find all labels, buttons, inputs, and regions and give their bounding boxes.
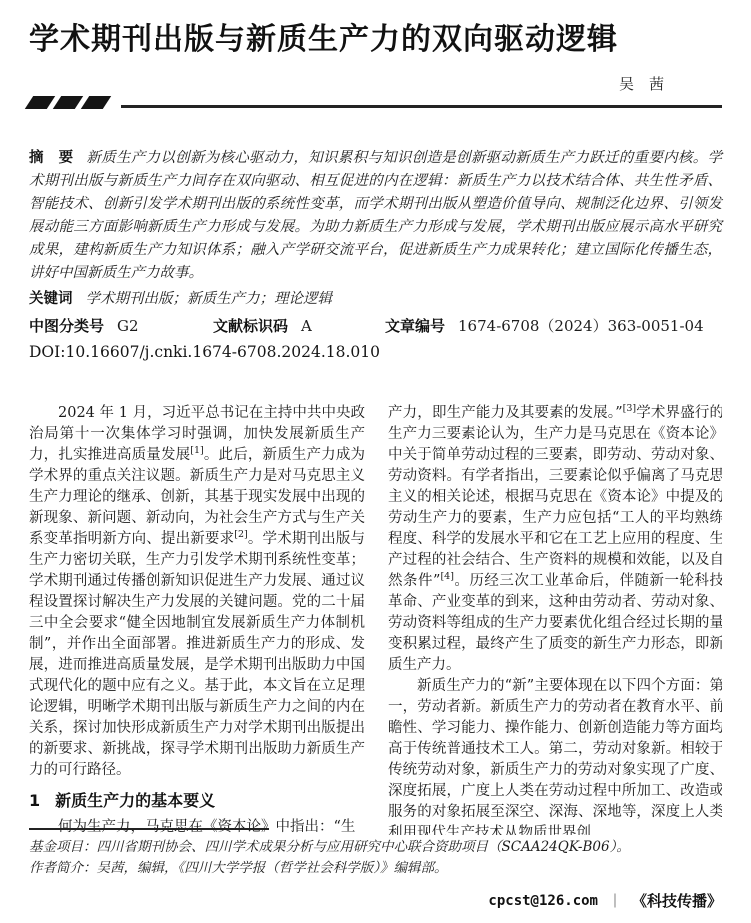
section-1-number: 1 (29, 791, 40, 810)
author-bio-note: 作者简介：吴茜，编辑，《四川大学学报（哲学社会科学版）》编辑部。 (29, 858, 722, 879)
author-row: 吴 茜 (29, 75, 722, 93)
funding-note: 基金项目：四川省期刊协会、四川学术成果分析与应用研究中心联合资助项目（SCAA2… (29, 837, 722, 858)
footnote-divider (29, 828, 269, 830)
clc-value: G2 (117, 317, 139, 335)
article-title: 学术期刊出版与新质生产力的双向驱动逻辑 (29, 0, 722, 58)
author-name: 吴 茜 (619, 75, 664, 93)
meta-row: 中图分类号G2 文献标识码A 文章编号1674-6708（2024）363-00… (29, 315, 722, 337)
article-no-label: 文章编号 (385, 317, 445, 335)
four-aspects-paragraph: 新质生产力的“新”主要体现在以下四个方面：第一，劳动者新。新质生产力的劳动者在教… (388, 676, 722, 835)
header-rule-line (121, 105, 722, 108)
abstract-text: 新质生产力以创新为核心驱动力，知识累积与知识创造是创新驱动新质生产力跃迁的重要内… (29, 150, 722, 281)
footnotes: 基金项目：四川省期刊协会、四川学术成果分析与应用研究中心联合资助项目（SCAA2… (29, 828, 722, 878)
keywords-label: 关键词 (29, 291, 73, 307)
section-1-title: 新质生产力的基本要义 (55, 791, 215, 810)
section-1-heading: 1新质生产力的基本要义 (29, 790, 365, 812)
doc-code-value: A (301, 317, 312, 335)
clc-label: 中图分类号 (29, 317, 104, 335)
article-no-value: 1674-6708（2024）363-0051-04 (458, 317, 704, 335)
article-no-pair: 文章编号1674-6708（2024）363-0051-04 (385, 315, 722, 337)
left-column: 2024 年 1 月，习近平总书记在主持中共中央政治局第十一次集体学习时强调，加… (29, 403, 365, 835)
doi-line: DOI:10.16607/j.cnki.1674-6708.2024.18.01… (29, 341, 722, 363)
slash-bar-icon (81, 96, 111, 109)
keywords-row: 关键词学术期刊出版；新质生产力；理论逻辑 (29, 288, 722, 310)
paper-page: 学术期刊出版与新质生产力的双向驱动逻辑 吴 茜 摘 要新质生产力以创新为核心驱动… (0, 0, 751, 923)
continuation-paragraph: 产力，即生产能力及其要素的发展。”[3]学术界盛行的生产力三要素论认为，生产力是… (388, 403, 722, 676)
right-column: 产力，即生产能力及其要素的发展。”[3]学术界盛行的生产力三要素论认为，生产力是… (388, 403, 722, 835)
clc-pair: 中图分类号G2 (29, 315, 213, 337)
slash-bar-icon (25, 96, 55, 109)
keywords-text: 学术期刊出版；新质生产力；理论逻辑 (86, 291, 333, 307)
abstract-label: 摘 要 (29, 150, 73, 166)
body-columns: 2024 年 1 月，习近平总书记在主持中共中央政治局第十一次集体学习时强调，加… (29, 403, 722, 835)
doc-code-pair: 文献标识码A (213, 315, 385, 337)
intro-paragraph: 2024 年 1 月，习近平总书记在主持中共中央政治局第十一次集体学习时强调，加… (29, 403, 365, 781)
footer-divider: ｜ (608, 891, 622, 911)
abstract-block: 摘 要新质生产力以创新为核心驱动力，知识累积与知识创造是创新驱动新质生产力跃迁的… (29, 147, 722, 285)
footer-journal-name: 《科技传播》 (632, 890, 722, 911)
header-divider (29, 94, 722, 109)
doc-code-label: 文献标识码 (213, 317, 288, 335)
page-footer: cpcst@126.com ｜ 《科技传播》 (488, 890, 722, 911)
slash-bar-icon (53, 96, 83, 109)
footer-email: cpcst@126.com (488, 893, 598, 909)
